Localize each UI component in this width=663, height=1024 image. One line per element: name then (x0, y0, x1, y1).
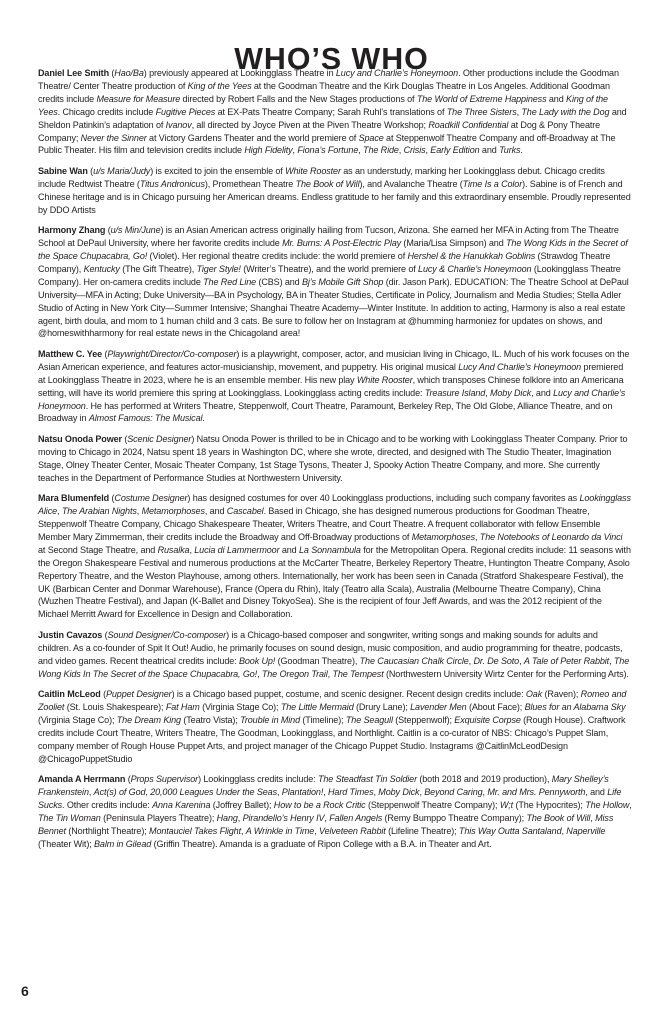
bio-role: (u/s Maria/Judy) (90, 166, 153, 176)
bio-name: Daniel Lee Smith (38, 68, 109, 78)
bio-body: Lookingglass credits include: The Steadf… (38, 774, 632, 849)
bio-name: Natsu Onoda Power (38, 434, 122, 444)
bio-paragraph: Natsu Onoda Power (Scenic Designer) Nats… (38, 433, 632, 485)
bio-name: Harmony Zhang (38, 225, 105, 235)
bio-paragraph: Justin Cavazos (Sound Designer/Co-compos… (38, 629, 632, 681)
bio-body: is an Asian American actress originally … (38, 225, 629, 338)
bio-name: Amanda A Herrmann (38, 774, 125, 784)
bio-name: Mara Blumenfeld (38, 493, 109, 503)
bio-role: (Playwright/Director/Co-composer) (104, 349, 239, 359)
bio-paragraph: Amanda A Herrmann (Props Supervisor) Loo… (38, 773, 632, 850)
bio-role: (Scenic Designer) (124, 434, 194, 444)
bio-paragraph: Matthew C. Yee (Playwright/Director/Co-c… (38, 348, 632, 425)
bio-paragraph: Caitlin McLeod (Puppet Designer) is a Ch… (38, 688, 632, 765)
bio-paragraph: Harmony Zhang (u/s Min/June) is an Asian… (38, 224, 632, 340)
bio-name: Matthew C. Yee (38, 349, 102, 359)
bio-body: previously appeared at Lookingglass Thea… (38, 68, 627, 155)
bio-role: (Costume Designer) (112, 493, 191, 503)
bio-name: Caitlin McLeod (38, 689, 101, 699)
bio-paragraph: Mara Blumenfeld (Costume Designer) has d… (38, 492, 632, 621)
bio-role: (Sound Designer/Co-composer) (105, 630, 229, 640)
page-number: 6 (21, 983, 29, 999)
bio-paragraph: Sabine Wan (u/s Maria/Judy) is excited t… (38, 165, 632, 217)
bios-column: Daniel Lee Smith (Hao/Ba) previously app… (38, 67, 632, 858)
bio-name: Sabine Wan (38, 166, 88, 176)
bio-role: (u/s Min/June) (108, 225, 164, 235)
bio-body: is a playwright, composer, actor, and mu… (38, 349, 629, 424)
bio-role: (Props Supervisor) (128, 774, 201, 784)
bio-name: Justin Cavazos (38, 630, 102, 640)
bio-body: is a Chicago based puppet, costume, and … (38, 689, 626, 764)
bio-paragraph: Daniel Lee Smith (Hao/Ba) previously app… (38, 67, 632, 157)
bio-role: (Hao/Ba) (111, 68, 146, 78)
bio-role: (Puppet Designer) (103, 689, 174, 699)
bio-body: has designed costumes for over 40 Lookin… (38, 493, 631, 619)
